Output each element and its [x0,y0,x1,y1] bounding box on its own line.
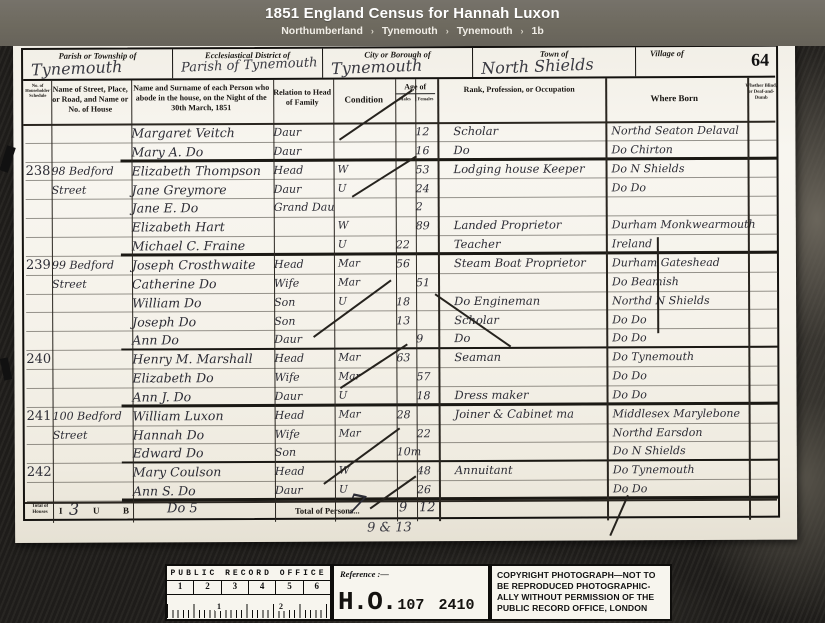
cell-schedule-number [26,294,50,313]
pro-ruler-ticks: 1 2 [167,595,330,618]
annotation-below-total: 9 & 13 [367,520,412,535]
cell-condition: Mar [334,255,394,274]
cell-person-name: Elizabeth Hart [132,218,272,237]
reference-dept: H.O. [338,587,396,617]
total-houses-building: B [123,505,129,515]
cell-street [52,238,130,257]
cell-condition: U [334,293,394,312]
cell-street [53,483,131,502]
cell-condition [333,123,393,142]
cell-profession [441,424,607,443]
cell-schedule-number: 241 [27,408,51,427]
stamp-row: PUBLIC RECORD OFFICE 123456 1 2 Referenc… [0,564,825,621]
reference-label: Reference :— [334,566,488,579]
cell-schedule-number [26,200,50,219]
cell-street [52,351,130,370]
cell-where-born: Do N Shields [606,159,756,178]
cell-profession [440,198,606,217]
cell-profession: Annuitant [441,462,607,481]
cell-person-name: Joseph Do [132,312,272,331]
cell-person-name: Elizabeth Thompson [132,162,272,181]
breadcrumb-separator: › [371,26,374,36]
cell-street: 100 Bedford [53,407,131,426]
cell-age: 24 [416,180,438,199]
cell-age: 48 [417,462,439,481]
cell-relation: Head [274,350,332,369]
cell-schedule-number [25,125,49,144]
cell-profession [440,367,606,386]
cell-schedule-number [27,445,51,464]
cell-relation: Daur [273,124,331,143]
reference-code: H.O.1072410 [338,587,474,617]
ruler-inch-number: 6 [304,581,330,594]
cell-street [52,313,130,332]
copyright-stamp: COPYRIGHT PHOTOGRAPH—NOT TO BE REPRODUCE… [490,564,672,621]
reference-series: 107 [397,597,424,614]
ruler-inch-number: 5 [276,581,303,594]
breadcrumb-item[interactable]: Tynemouth [382,25,438,37]
cell-where-born: Do Do [606,178,756,197]
cell-schedule-number: 238 [26,163,50,182]
scan-image-area[interactable]: Parish or Township of Tynemouth Ecclesia… [0,46,825,623]
ruler-inch-number: 2 [194,581,221,594]
census-viewer: 1851 England Census for Hannah Luxon Nor… [0,0,825,623]
breadcrumb: Northumberland›Tynemouth›Tynemouth›1b [0,25,825,37]
cell-where-born: Do Tynemouth [606,348,756,367]
cell-street [52,200,130,219]
scan-edge-artifact [0,357,12,380]
ruler-inch-number: 1 [167,581,194,594]
cell-age: 12 [415,123,437,142]
cell-street [51,124,129,143]
cell-where-born: Do Do [606,367,756,386]
cell-person-name: Jane E. Do [132,199,272,218]
cell-street [52,370,130,389]
cell-street: 99 Bedford [52,256,130,275]
cell-schedule-number: 239 [26,257,50,276]
cell-where-born: Do Do [606,310,756,329]
cell-age: 89 [416,217,438,236]
app-header: 1851 England Census for Hannah Luxon Nor… [0,0,825,46]
cell-where-born: Northd Seaton Delaval [605,122,755,141]
cell-schedule-number [27,483,51,502]
cell-age: 22 [417,425,439,444]
cell-schedule-number [26,238,50,257]
cell-street [53,464,131,483]
cell-schedule-number: 240 [26,351,50,370]
page-title: 1851 England Census for Hannah Luxon [0,5,825,22]
cell-where-born: Northd Earsdon [607,423,757,442]
cell-condition: W [334,218,394,237]
cell-person-name: Mary Coulson [133,463,273,482]
cell-relation: Head [275,463,333,482]
cell-condition: Mar [335,406,395,425]
cell-profession [440,273,606,292]
pen-stroke [657,237,659,333]
reference-piece: 2410 [438,597,474,614]
cell-profession: Lodging house Keeper [440,160,606,179]
cell-age: 18 [396,293,416,312]
cell-street [52,219,130,238]
cell-person-name: Elizabeth Do [132,369,272,388]
cell-profession: Scholar [439,122,605,141]
cell-relation: Head [274,161,332,180]
cell-age: 56 [396,255,416,274]
total-houses-inhabited: I [59,506,63,516]
cell-person-name: Hannah Do [133,425,273,444]
cell-street: Street [53,426,131,445]
cell-person-name: William Do [132,294,272,313]
pro-ruler-cm-2: 2 [277,602,285,611]
cell-relation: Head [275,406,333,425]
cell-relation: Wife [274,369,332,388]
ruler-inch-number: 3 [222,581,249,594]
total-houses-ditto: Do 5 [167,501,198,516]
total-houses-uninhabited: U [93,506,100,516]
cell-where-born: Durham Gateshead [606,254,756,273]
cell-where-born [606,197,756,216]
cell-schedule-number: 242 [27,464,51,483]
cell-relation: Wife [274,274,332,293]
cell-where-born: Middlesex Marylebone [607,405,757,424]
breadcrumb-separator: › [521,26,524,36]
cell-street [53,445,131,464]
cell-age: 57 [416,368,438,387]
cell-where-born: Durham Monkwearmouth [606,216,756,235]
total-persons-females: 12 [419,500,436,515]
cell-schedule-number [26,219,50,238]
pro-ruler-cm-1: 1 [215,602,223,611]
cell-person-name: Henry M. Marshall [132,350,272,369]
cell-relation: Grand Dau [274,199,332,218]
cell-relation: Wife [275,425,333,444]
cell-schedule-number [27,426,51,445]
cell-profession [440,179,606,198]
cell-street: Street [52,275,130,294]
cell-profession: Do Engineman [440,292,606,311]
census-rows: Margaret VeitchDaurScholarNorthd Seaton … [23,47,782,523]
breadcrumb-item[interactable]: Northumberland [281,25,363,37]
cell-schedule-number [26,313,50,332]
cell-person-name: Joseph Crosthwaite [132,256,272,275]
cell-where-born: Northd N Shields [606,291,756,310]
cell-age: 53 [416,161,438,180]
cell-street: Street [52,181,130,200]
total-houses-label: Total of Houses [28,504,52,515]
cell-relation [274,218,332,237]
pro-stamp-title: PUBLIC RECORD OFFICE [167,566,330,581]
cell-schedule-number [26,370,50,389]
breadcrumb-separator: › [446,26,449,36]
reference-stamp: Reference :— H.O.1072410 [332,564,490,621]
cell-street [52,388,130,407]
cell-relation: Daur [274,180,332,199]
breadcrumb-item[interactable]: 1b [532,25,544,37]
cell-person-name: Margaret Veitch [131,124,271,143]
cell-age: 63 [396,349,416,368]
total-persons-males: 9 [399,500,407,515]
cell-street [51,143,129,162]
cell-condition: Mar [335,425,395,444]
breadcrumb-item[interactable]: Tynemouth [457,25,513,37]
cell-age: 28 [397,406,417,425]
copyright-text: COPYRIGHT PHOTOGRAPH—NOT TO BE REPRODUCE… [497,570,665,614]
pro-ruler-inches: 123456 [167,581,330,595]
cell-schedule-number [26,276,50,295]
cell-relation: Head [274,256,332,275]
cell-age: 51 [416,274,438,293]
cell-where-born: Do Beamish [606,273,756,292]
cell-relation: Son [274,293,332,312]
cell-profession: Landed Proprietor [440,217,606,236]
cell-person-name: Catherine Do [132,275,272,294]
public-record-office-stamp: PUBLIC RECORD OFFICE 123456 1 2 [165,564,332,621]
cell-street [52,294,130,313]
cell-age: 2 [416,199,438,218]
census-document: Parish or Township of Tynemouth Ecclesia… [13,43,797,543]
census-form-frame: Parish or Township of Tynemouth Ecclesia… [21,45,780,521]
cell-street [52,332,130,351]
cell-schedule-number [26,332,50,351]
cell-where-born: Do Tynemouth [607,461,757,480]
cell-profession: Seaman [440,349,606,368]
cell-schedule-number [26,181,50,200]
cell-schedule-number [25,144,49,163]
ruler-inch-number: 4 [249,581,276,594]
cell-person-name: Jane Greymore [132,180,272,199]
cell-profession: Joiner & Cabinet ma [441,405,607,424]
cell-schedule-number [26,389,50,408]
cell-condition [334,199,394,218]
cell-age: 13 [396,312,416,331]
cell-profession: Steam Boat Proprietor [440,254,606,273]
cell-condition: W [335,463,395,482]
cell-street: 98 Bedford [52,162,130,181]
cell-person-name: William Luxon [133,407,273,426]
